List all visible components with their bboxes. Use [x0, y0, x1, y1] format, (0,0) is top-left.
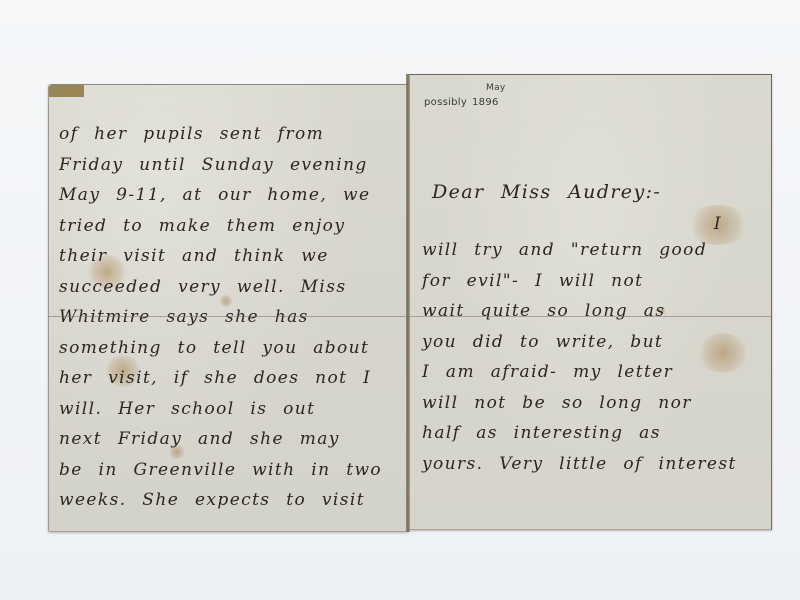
pencil-annotation-note: possibly	[424, 97, 467, 108]
text-line: yours. Very little of interest	[422, 449, 762, 480]
text-line: you did to write, but	[422, 327, 762, 358]
right-page-text: Dear Miss Audrey:- I will try and "retur…	[422, 177, 762, 479]
center-fold-crease	[406, 74, 410, 532]
pencil-annotation-year: 1896	[472, 97, 499, 108]
left-page-text: of her pupils sent from Friday until Sun…	[59, 119, 382, 516]
text-line: will. Her school is out	[59, 394, 382, 425]
text-line: will not be so long nor	[422, 388, 762, 419]
pencil-annotation-month: May	[486, 83, 506, 93]
text-line: something to tell you about	[59, 333, 382, 364]
text-line: succeeded very well. Miss	[59, 272, 382, 303]
text-line: Friday until Sunday evening	[59, 150, 382, 181]
text-line: her visit, if she does not I	[59, 363, 382, 394]
text-line: May 9-11, at our home, we	[59, 180, 382, 211]
text-line: weeks. She expects to visit	[59, 485, 382, 516]
horizontal-fold-crease	[48, 316, 772, 317]
text-line: for evil"- I will not	[422, 266, 762, 297]
text-line: wait quite so long as	[422, 296, 762, 327]
text-line: tried to make them enjoy	[59, 211, 382, 242]
text-line: be in Greenville with in two	[59, 455, 382, 486]
text-line: of her pupils sent from	[59, 119, 382, 150]
text-line: I am afraid- my letter	[422, 357, 762, 388]
text-line: I	[422, 213, 762, 235]
text-line: next Friday and she may	[59, 424, 382, 455]
photo-backdrop: of her pupils sent from Friday until Sun…	[0, 0, 800, 600]
text-line: will try and "return good	[422, 235, 762, 266]
left-page: of her pupils sent from Friday until Sun…	[48, 84, 408, 532]
text-line: half as interesting as	[422, 418, 762, 449]
text-line: their visit and think we	[59, 241, 382, 272]
corner-stain	[49, 85, 84, 97]
right-page: May possibly 1896 Dear Miss Audrey:- I w…	[408, 74, 772, 530]
letter-greeting: Dear Miss Audrey:-	[422, 177, 762, 213]
text-line: Whitmire says she has	[59, 302, 382, 333]
letter-sheet: of her pupils sent from Friday until Sun…	[48, 84, 772, 532]
